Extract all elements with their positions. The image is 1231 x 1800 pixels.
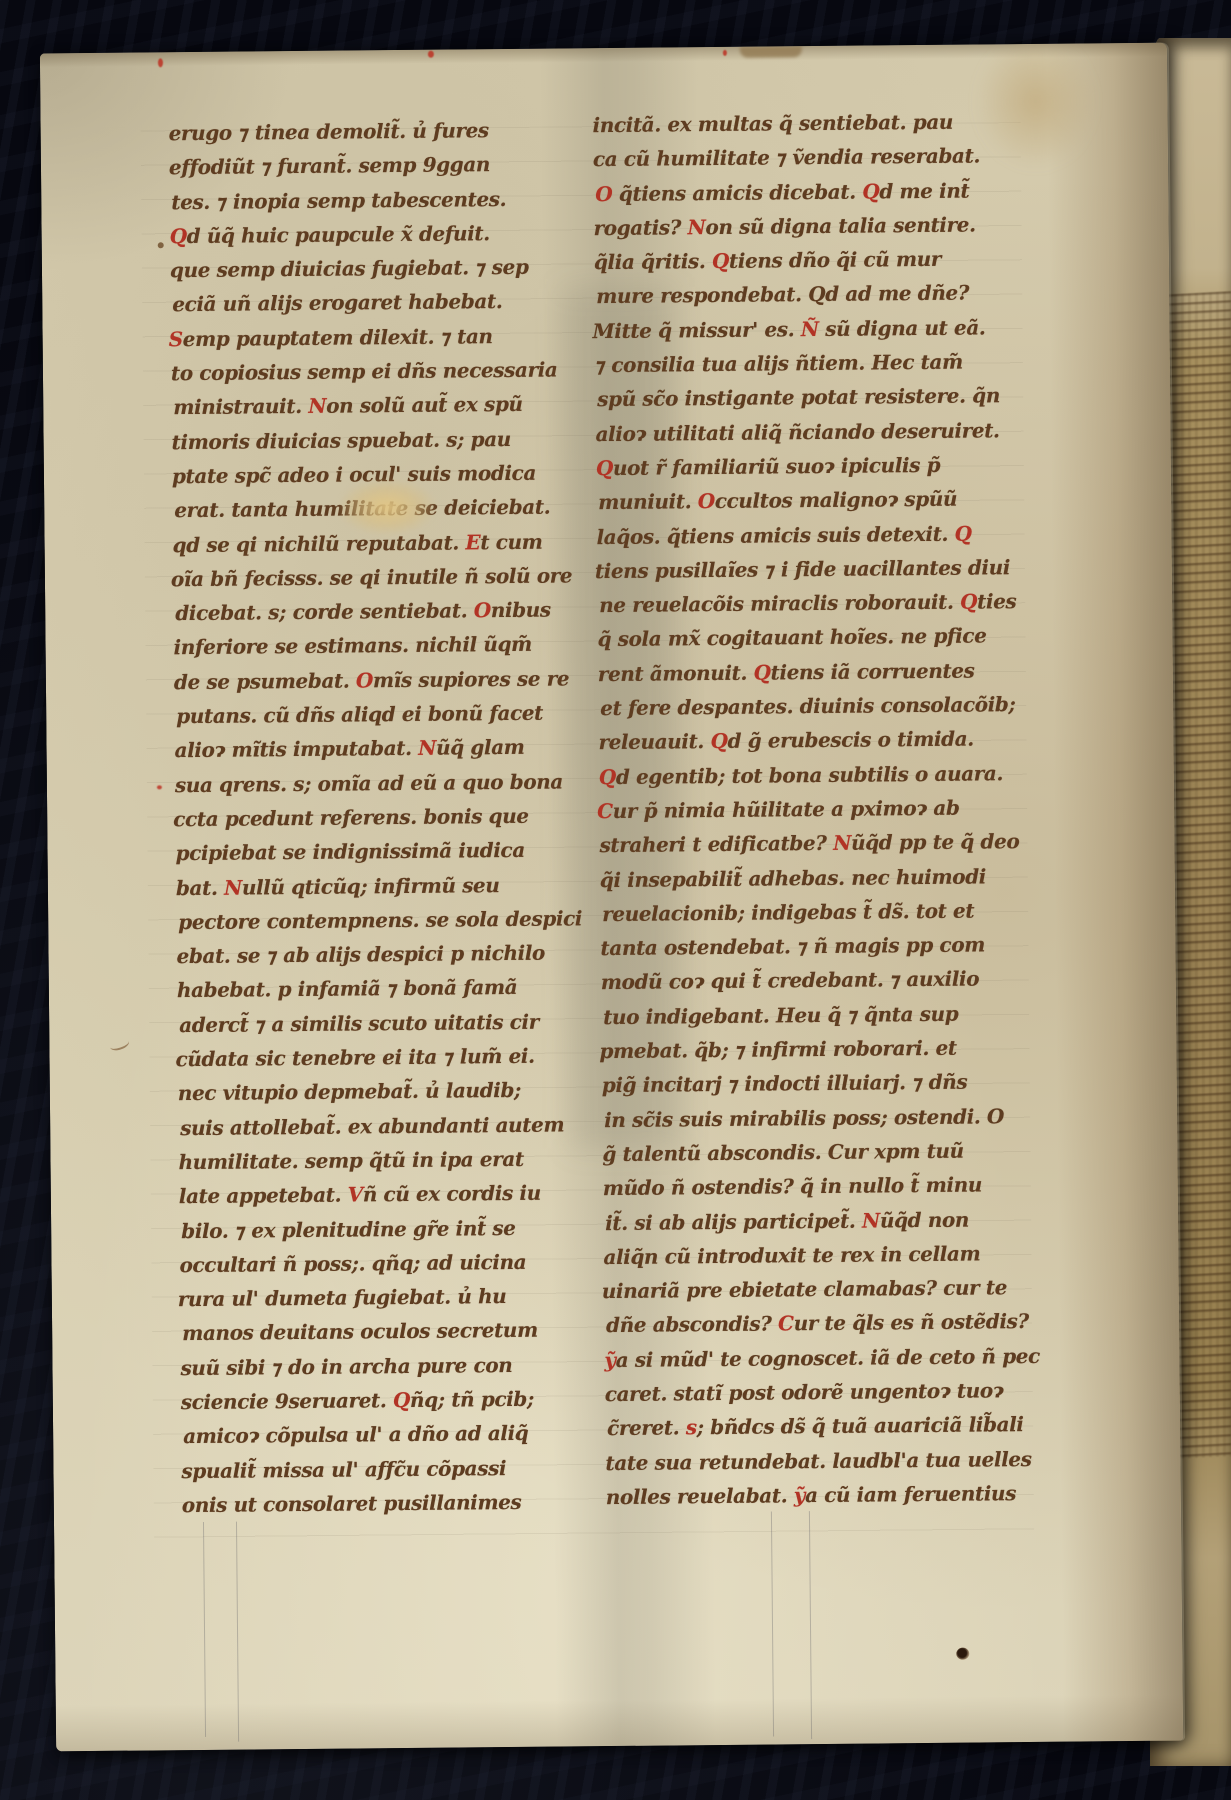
photograph-of-manuscript: { "artifact": { "kind": "medieval manusc… bbox=[0, 0, 1231, 1800]
text-line: spũ sc̃o instigante potat resistere. q̃n bbox=[597, 378, 1025, 416]
text-line: to copiosius semp ei dñs necessaria bbox=[171, 352, 573, 390]
text-line: ca cũ humilitate ⁊ ṽendia reserabat. bbox=[593, 138, 1023, 176]
text-line: erat. tanta humilitate se deiciebat. bbox=[174, 490, 574, 528]
text-line: mure respondebat. Qd ad me dñe? bbox=[596, 275, 1024, 313]
text-line: releuauit. Qd g̃ erubescis o timida. bbox=[598, 721, 1028, 759]
text-line: Semp pauptatem dilexit. ⁊ tan bbox=[168, 318, 572, 356]
text-line: q̃ sola mx̃ cogitauant hoĩes. ne pfice bbox=[597, 618, 1027, 656]
text-line: sua qrens. s; omĩa ad eũ a quo bona bbox=[175, 764, 577, 802]
text-line: alioɂ mĩtis imputabat. Nũq̃ glam bbox=[174, 730, 576, 768]
text-line: muniuit. Occultos malignoɂ spũũ bbox=[598, 481, 1026, 519]
text-column-left: erugo ⁊ tinea demolit̃. ủ fureseffodiũt … bbox=[168, 112, 583, 1522]
text-line: pig̃ incitarj ⁊ indocti illuiarj. ⁊ dñs bbox=[602, 1064, 1032, 1102]
red-speck bbox=[158, 58, 163, 67]
ruling-vertical-line bbox=[203, 1522, 206, 1737]
text-line: dñe abscondis? Cur te q̃ls es ñ ostẽdis? bbox=[606, 1304, 1034, 1342]
manuscript-page: erugo ⁊ tinea demolit̃. ủ fureseffodiũt … bbox=[40, 43, 1183, 1752]
text-line: Quot r̃ familiariũ suoɂ ipiculis p̃ bbox=[596, 447, 1026, 485]
text-line: incitã. ex multas q̃ sentiebat. pau bbox=[592, 104, 1022, 142]
text-line: straheri t edificatbe? Nũq̃d pp te q̃ de… bbox=[599, 824, 1029, 862]
text-line: ỹa si mũd' te cognoscet. iã de ceto ñ pe… bbox=[604, 1339, 1034, 1377]
text-line: tanta ostendebat. ⁊ ñ magis pp com bbox=[600, 927, 1030, 965]
text-line: et fere despantes. diuinis consolacõib; bbox=[600, 687, 1028, 725]
text-line: q̃lia q̃ritis. Qtiens dño q̃i cũ mur bbox=[594, 241, 1024, 279]
text-line: suis attollebat̃. ex abundanti autem bbox=[180, 1107, 580, 1145]
text-line: ne reuelacõis miraclis roborauit. Qties bbox=[599, 584, 1027, 622]
text-line: Qd egentib; tot bona subtilis o auara. bbox=[599, 756, 1029, 794]
text-line: Qd ũq̃ huic paupcule x̃ defuit. bbox=[169, 215, 571, 253]
text-line: rent ãmonuit. Qtiens iã corruentes bbox=[598, 653, 1028, 691]
text-line: g̃ talentũ abscondis. Cur xpm tuũ bbox=[602, 1133, 1032, 1171]
text-line: aderct̃ ⁊ a similis scuto uitatis cir bbox=[179, 1004, 579, 1042]
text-line: onis ut consolaret pusillanimes bbox=[182, 1484, 584, 1522]
text-line: aliq̃n cũ introduxit te rex in cellam bbox=[603, 1236, 1033, 1274]
text-line: nolles reuelabat. ỹa cũ iam feruentius bbox=[606, 1476, 1036, 1514]
text-line: Cur p̃ nimia hũilitate a pximoɂ ab bbox=[597, 790, 1029, 828]
text-line: occultari ñ poss;. qñq; ad uicina bbox=[179, 1244, 581, 1282]
text-line: eciã uñ alijs erogaret habebat. bbox=[172, 284, 572, 322]
text-line: tuo indigebant. Heu q̃ ⁊ q̃nta sup bbox=[603, 996, 1031, 1034]
text-line: dicebat. s; corde sentiebat. Onibus bbox=[175, 592, 575, 630]
text-line: late appetebat. Vñ cũ ex cordis iu bbox=[179, 1176, 581, 1214]
text-line: tes. ⁊ inopia semp tabescentes. bbox=[171, 181, 571, 219]
text-line: manos deuitans oculos secretum bbox=[182, 1313, 582, 1351]
text-line: Mitte q̃ missur' es. Ñ sũ digna ut eã. bbox=[592, 310, 1024, 348]
text-line: bilo. ⁊ ex plenitudine gr̃e int̃ se bbox=[181, 1210, 581, 1248]
text-line: pmebat. q̃b; ⁊ infirmi roborari. et bbox=[599, 1030, 1031, 1068]
text-line: amicoɂ cõpulsa ul' a dño ad aliq̃ bbox=[183, 1416, 583, 1454]
ruling-vertical-line bbox=[771, 1511, 774, 1736]
text-line: ptate spc̃ adeo i ocul' suis modica bbox=[172, 455, 574, 493]
top-edge-shading bbox=[40, 43, 1167, 68]
text-line: reuelacionib; indigebas t̃ ds̃. tot et bbox=[602, 893, 1030, 931]
text-line: inferiore se estimans. nichil ũqm̃ bbox=[173, 627, 575, 665]
text-line: bat. Nullũ qticũq; infirmũ seu bbox=[176, 867, 578, 905]
text-line: pcipiebat se indignissimã iudica bbox=[175, 833, 577, 871]
text-line: laq̃os. q̃tiens amicis suis detexit. Q bbox=[596, 516, 1026, 554]
text-line: mũdo ñ ostendis? q̃ in nullo t̃ minu bbox=[603, 1167, 1033, 1205]
wormhole-stain bbox=[956, 1648, 969, 1660]
ruling-vertical-line bbox=[236, 1522, 239, 1742]
text-line: que semp diuicias fugiebat. ⁊ sep bbox=[170, 250, 572, 288]
text-line: ccta pcedunt referens. bonis que bbox=[173, 798, 577, 836]
margin-flourish bbox=[108, 1036, 130, 1053]
fore-edge-shading bbox=[1047, 43, 1183, 1742]
text-line: effodiũt ⁊ furant̃. semp 9ggan bbox=[169, 147, 571, 185]
text-line: uinariã pre ebietate clamabas? cur te bbox=[602, 1270, 1034, 1308]
text-line: alioɂ utilitati aliq̃ ñciando deseruiret… bbox=[595, 413, 1025, 451]
text-line: tate sua retundebat. laudbl'a tua uelles bbox=[605, 1442, 1035, 1480]
bottom-edge-shading bbox=[56, 1695, 1183, 1752]
text-line: qd se qi nichilũ reputabat. Et cum bbox=[172, 524, 574, 562]
text-line: rogatis? Non sũ digna talia sentire. bbox=[593, 207, 1023, 245]
text-line: timoris diuicias spuebat. s; pau bbox=[171, 421, 573, 459]
top-edge-smudge bbox=[740, 46, 802, 58]
text-line: de se psumebat. Omĩs supiores se re bbox=[174, 661, 576, 699]
text-line: tiens pusillaĩes ⁊ i fide uacillantes di… bbox=[595, 550, 1027, 588]
text-line: ministrauit. Non solũ aut̃ ex spũ bbox=[173, 387, 573, 425]
text-line: caret. statĩ post odorẽ ungentoɂ tuoɂ bbox=[605, 1373, 1035, 1411]
text-line: putans. cũ dñs aliqd ei bonũ facet bbox=[176, 695, 576, 733]
text-line: spualit̃ missa ul' affc̃u cõpassi bbox=[181, 1450, 583, 1488]
text-line: modũ coɂ qui t̃ credebant. ⁊ auxilio bbox=[601, 961, 1031, 999]
text-column-right: incitã. ex multas q̃ sentiebat. pauca cũ… bbox=[592, 104, 1035, 1514]
text-line: c̃reret. s; bñdcs ds̃ q̃ tuã auariciã li… bbox=[607, 1407, 1035, 1445]
red-speck bbox=[428, 51, 434, 58]
text-line: pectore contempnens. se sola despici bbox=[178, 901, 578, 939]
text-line: in sc̃is suis mirabilis poss; ostendi. O bbox=[604, 1099, 1032, 1137]
text-line: cũdata sic tenebre ei ita ⁊ lum̃ ei. bbox=[175, 1038, 579, 1076]
text-line: rura ul' dumeta fugiebat. ủ hu bbox=[178, 1278, 582, 1316]
text-line: erugo ⁊ tinea demolit̃. ủ fures bbox=[168, 112, 570, 150]
ruling-vertical-line bbox=[809, 1511, 812, 1739]
text-line: sciencie 9seruaret. Qñq; tñ pcib; bbox=[181, 1381, 583, 1419]
red-speck bbox=[723, 50, 727, 56]
text-line: it̃. si ab alijs participet̃. Nũq̃d non bbox=[605, 1201, 1033, 1239]
text-line: humilitate. semp q̃tũ in ipa erat bbox=[178, 1141, 580, 1179]
text-line: O q̃tiens amicis dicebat. Qd me int̃ bbox=[595, 173, 1023, 211]
text-line: habebat. p infamiã ⁊ bonã famã bbox=[177, 970, 579, 1008]
text-line: nec vitupio depmebat̃. ủ laudib; bbox=[178, 1073, 580, 1111]
text-line: oĩa bñ fecisss. se qi inutile ñ solũ ore bbox=[171, 558, 575, 596]
text-line: ⁊ consilia tua alijs ñtiem. Hec tam̃ bbox=[595, 344, 1025, 382]
text-line: q̃i insepabilit̃ adhebas. nec huimodi bbox=[600, 859, 1030, 897]
text-line: ebat. se ⁊ ab alijs despici p nichilo bbox=[176, 935, 578, 973]
text-line: suũ sibi ⁊ do in archa pure con bbox=[180, 1347, 582, 1385]
